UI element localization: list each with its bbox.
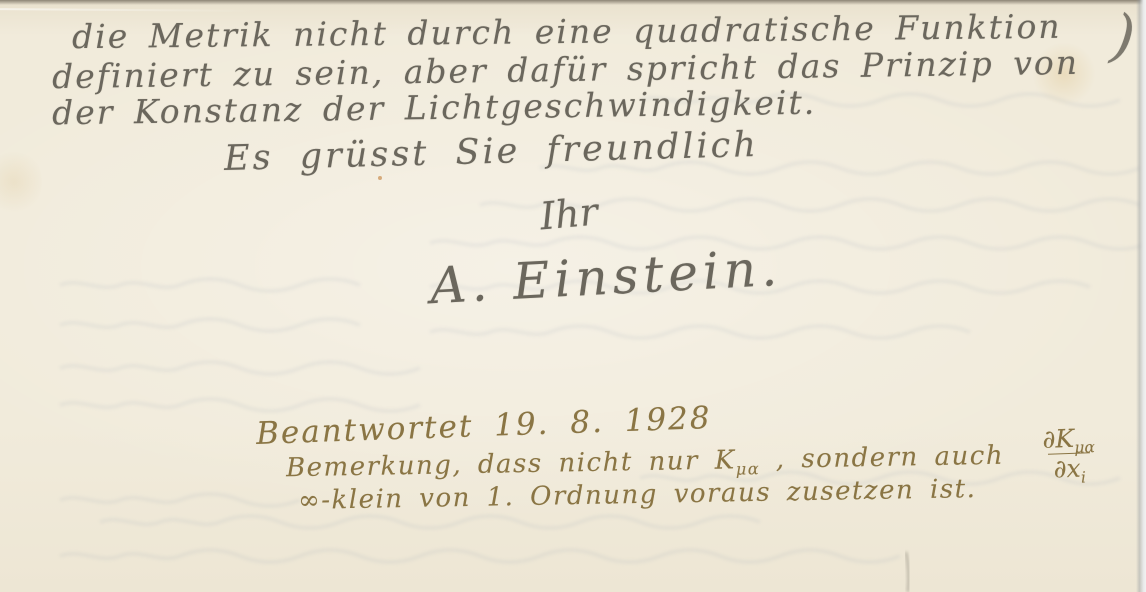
math-fraction-dK-dx: ∂Kμα ∂xi xyxy=(1037,425,1101,484)
math-k-mu-alpha: Kμα xyxy=(714,445,760,476)
ink-speck xyxy=(378,176,382,180)
stray-pencil-stroke xyxy=(906,552,909,592)
paper-stain xyxy=(0,148,42,216)
einstein-signature: A. Einstein. xyxy=(429,239,784,315)
valediction: Ihr xyxy=(538,190,599,239)
handwritten-letter-page: die Metrik nicht durch eine quadratische… xyxy=(0,0,1146,592)
remark-middle: , sondern auch xyxy=(760,441,1005,475)
reply-date-note: Beantwortet 19. 8. 1928 xyxy=(256,400,713,452)
paper-crease xyxy=(0,8,260,12)
closing-salutation: Es grüsst Sie freundlich xyxy=(224,125,760,179)
remark-prefix: Bemerkung, dass nicht nur xyxy=(286,446,715,483)
margin-paren-mark: ) xyxy=(1108,1,1139,71)
scan-top-edge-shadow xyxy=(0,0,1146,5)
fraction-numerator: ∂Kμα xyxy=(1037,425,1100,454)
fraction-denominator: ∂xi xyxy=(1048,453,1091,484)
scan-right-edge-strip xyxy=(1136,0,1146,592)
